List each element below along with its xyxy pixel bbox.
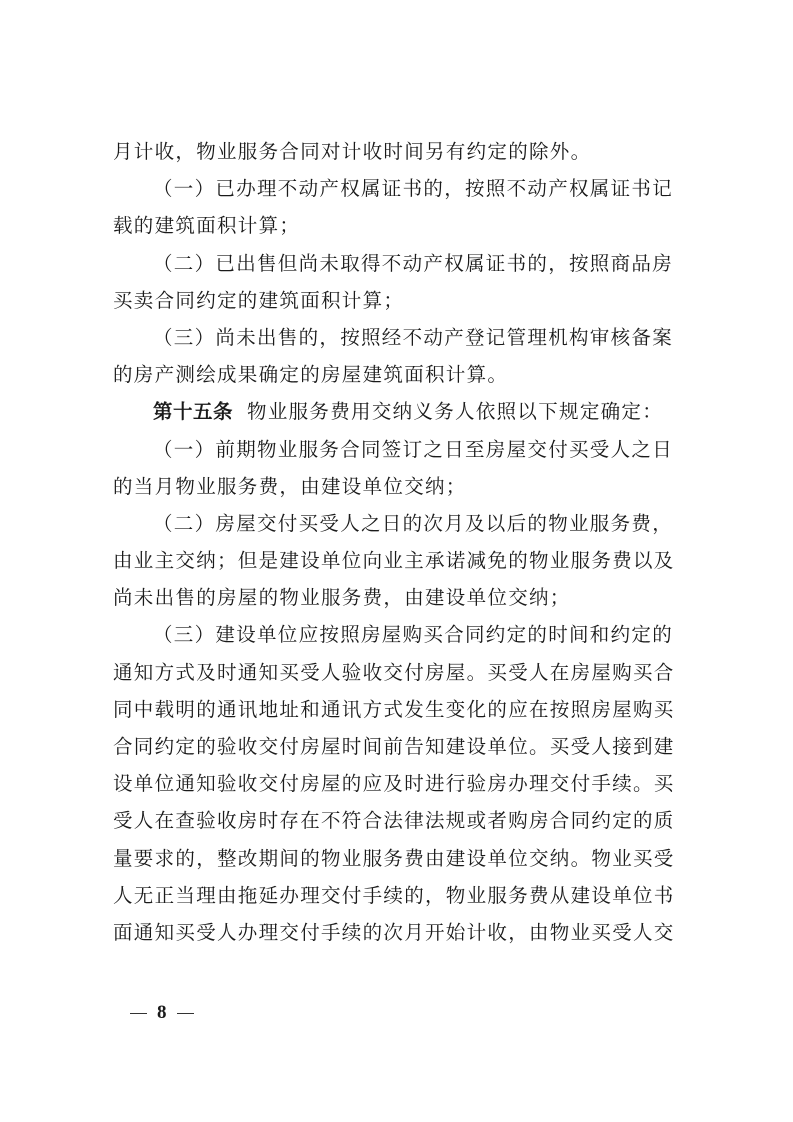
document-body: 月计收，物业服务合同对计收时间另有约定的除外。 （一）已办理不动产权属证书的，按…	[113, 133, 698, 951]
text-line: 买卖合同约定的建筑面积计算；	[113, 282, 698, 319]
page-number-value: 8	[157, 1002, 167, 1024]
article-heading-line: 第十五条物业服务费用交纳义务人依照以下规定确定：	[113, 393, 698, 430]
text-line: 同中载明的通讯地址和通讯方式发生变化的应在按照房屋购买	[113, 691, 698, 728]
text-line: 人无正当理由拖延办理交付手续的，物业服务费从建设单位书	[113, 877, 698, 914]
text-line: 合同约定的验收交付房屋时间前告知建设单位。买受人接到建	[113, 728, 698, 765]
text-line: 通知方式及时通知买受人验收交付房屋。买受人在房屋购买合	[113, 654, 698, 691]
document-page: 月计收，物业服务合同对计收时间另有约定的除外。 （一）已办理不动产权属证书的，按…	[0, 0, 793, 1122]
text-line: 月计收，物业服务合同对计收时间另有约定的除外。	[113, 133, 698, 170]
article-number: 第十五条	[153, 400, 233, 423]
text-line: （二）房屋交付买受人之日的次月及以后的物业服务费，	[113, 505, 698, 542]
text-line: 的当月物业服务费，由建设单位交纳；	[113, 468, 698, 505]
page-number: 8	[130, 1002, 194, 1024]
text-line: （三）尚未出售的，按照经不动产登记管理机构审核备案	[113, 319, 698, 356]
text-line: （一）已办理不动产权属证书的，按照不动产权属证书记	[113, 170, 698, 207]
text-line: （三）建设单位应按照房屋购买合同约定的时间和约定的	[113, 616, 698, 653]
dash-right	[177, 1013, 194, 1014]
article-text: 物业服务费用交纳义务人依照以下规定确定：	[247, 400, 663, 423]
text-line: 设单位通知验收交付房屋的应及时进行验房办理交付手续。买	[113, 765, 698, 802]
text-line: 的房产测绘成果确定的房屋建筑面积计算。	[113, 356, 698, 393]
text-line: 面通知买受人办理交付手续的次月开始计收，由物业买受人交	[113, 914, 698, 951]
text-line: 尚未出售的房屋的物业服务费，由建设单位交纳；	[113, 579, 698, 616]
text-line: （一）前期物业服务合同签订之日至房屋交付买受人之日	[113, 431, 698, 468]
text-line: 载的建筑面积计算；	[113, 207, 698, 244]
dash-left	[130, 1013, 147, 1014]
text-line: 受人在查验收房时存在不符合法律法规或者购房合同约定的质	[113, 802, 698, 839]
text-line: 由业主交纳；但是建设单位向业主承诺减免的物业服务费以及	[113, 542, 698, 579]
text-line: 量要求的，整改期间的物业服务费由建设单位交纳。物业买受	[113, 840, 698, 877]
text-line: （二）已出售但尚未取得不动产权属证书的，按照商品房	[113, 245, 698, 282]
